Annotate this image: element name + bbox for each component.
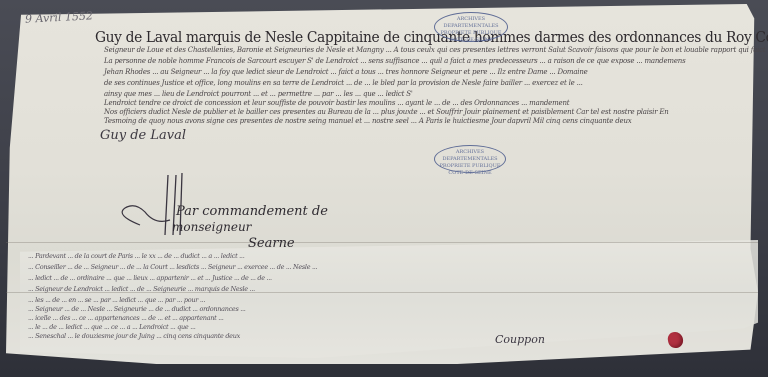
by-command-text: Par commandement de (176, 204, 328, 219)
lower-text-line: ... ledict ... de ... ordinaire ... que … (28, 274, 272, 282)
body-line: Lendroict tendre ce droict de concession… (104, 99, 569, 107)
body-line: Tesmoing de quoy nous avons signe ces pr… (104, 117, 632, 125)
body-line: Nos officiers dudict Nesle de publier et… (104, 108, 669, 116)
document-title-line: Guy de Laval marquis de Nesle Cappitaine… (95, 28, 768, 46)
stamp-text: COTE-DE-SEINE (435, 37, 507, 44)
lower-text-line: ... Conseiller ... de ... Seigneur ... d… (28, 263, 317, 271)
lower-text-line: ... Seneschal ... le douziesme jour de J… (28, 332, 240, 340)
fold-line (6, 242, 758, 243)
lower-signature: Couppon (495, 333, 545, 346)
stamp-text: ARCHIVES DEPARTEMENTALES (435, 149, 505, 163)
lower-text-line: ... Seigneur ... de ... Nesle ... Seigne… (28, 305, 246, 313)
guy-de-laval-signature: Guy de Laval (100, 128, 186, 143)
stamp-text: COTE-DE-SEINE (435, 170, 505, 177)
lower-text-line: ... Pardevant ... de la court de Paris .… (28, 252, 244, 260)
lower-text-line: ... Seigneur de Lendroict ... ledict ...… (28, 285, 255, 293)
body-line: Seigneur de Loue et des Chastellenies, B… (104, 46, 768, 54)
body-line: de ses continues Justice et office, long… (104, 79, 583, 87)
stamp-text: PROPRIETE PUBLIQUE (435, 30, 507, 37)
lower-text-line: ... les ... de ... en ... se ... par ...… (28, 296, 205, 304)
body-line: Jehan Rhodes ... au Seigneur ... la foy … (104, 68, 588, 76)
stamp-text: PROPRIETE PUBLIQUE (435, 163, 505, 170)
archives-stamp-middle: ARCHIVES DEPARTEMENTALES PROPRIETE PUBLI… (434, 145, 506, 173)
stamp-text: ARCHIVES DEPARTEMENTALES (435, 16, 507, 30)
lower-text-line: ... icelle ... des ... ce ... appartenan… (28, 314, 224, 322)
monseigneur-text: monseigneur (172, 220, 251, 234)
body-line: La personne de noble homme Francois de S… (104, 57, 685, 65)
body-line: ainsy que mes ... lieu de Lendroict pour… (104, 90, 413, 98)
archives-stamp-top: ARCHIVES DEPARTEMENTALES PROPRIETE PUBLI… (434, 12, 508, 42)
lower-text-line: ... le ... de ... ledict ... que ... ce … (28, 323, 196, 331)
secretary-signature: Searne (248, 236, 295, 251)
